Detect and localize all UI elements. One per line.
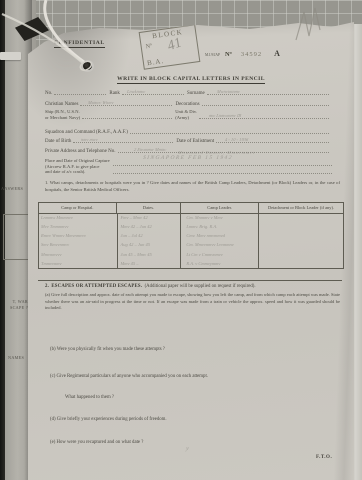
ref-series: A bbox=[274, 49, 280, 58]
pencil-leader: Lt Cm v Cmmvnmvv bbox=[186, 252, 222, 257]
section-2-number: 2. bbox=[45, 284, 49, 289]
label-date-of-birth: Date of Birth bbox=[45, 139, 73, 144]
pencil-camp: Mvv Tmmnmvv bbox=[41, 224, 68, 229]
label-date-of-enlistment: Date of Enlistment bbox=[176, 139, 216, 144]
row-no-rank-surname: No. Rank Lnwknmw Surname Mwnvtmnmv bbox=[45, 88, 332, 96]
pencil-leader: Cm. Mmvvnmvv Lvvmmnv bbox=[186, 242, 233, 247]
label-surname: Surname bbox=[187, 91, 207, 96]
label-christian-names: Christian Names bbox=[45, 102, 80, 107]
stamp-no-symbol: Nº bbox=[145, 43, 152, 50]
field-date-of-enlistment: 4 - 10 - 1936 bbox=[216, 136, 329, 143]
table-bottom-rule bbox=[38, 280, 342, 281]
col-camp-or-hospital: Camp or Hospital. bbox=[39, 203, 117, 213]
field-capture: SINGAPORE FEB 15 1942 bbox=[113, 158, 332, 175]
pencil-dates: Jun – Jul 42 bbox=[121, 233, 143, 238]
col-detachment-leader: Detachment or Block Leader (if any). bbox=[259, 203, 343, 213]
field-unit: mw Lnmwmmv IB bbox=[199, 112, 329, 119]
margin-sticker bbox=[0, 52, 21, 60]
confidential-stamp: CONFIDENTIAL bbox=[54, 40, 105, 48]
pencil-camp: Mmvnmvvv bbox=[41, 252, 62, 257]
label-squadron: Squadron and Command (R.A.F., A.A.F.) bbox=[45, 130, 130, 135]
field-date-of-birth: nmv mwv bbox=[73, 136, 173, 143]
label-capture: Place and Date of Original Capture (Airc… bbox=[45, 158, 113, 175]
capture-dotted-line-2 bbox=[113, 166, 332, 174]
pencil-camp: Lnmmw Mmmnvv bbox=[41, 215, 73, 220]
form-instruction: WRITE IN BLOCK CAPITAL LETTERS IN PENCIL bbox=[58, 76, 324, 82]
question-2e: (e) How were you recaptured and on what … bbox=[50, 440, 340, 445]
ref-no-symbol: Nº bbox=[225, 51, 232, 58]
pencil-date-of-birth: nmv mwv bbox=[81, 137, 99, 142]
pencil-dates: Fmv – Mmv 42 bbox=[121, 215, 148, 220]
form-page: CONFIDENTIAL BLOCK Nº B.A. 41 M.I.9/JAPN… bbox=[28, 20, 354, 480]
pencil-mark: y bbox=[186, 446, 190, 452]
hole-punch bbox=[83, 62, 92, 70]
question-1: 1. What camps, detachments or hospitals … bbox=[45, 180, 340, 194]
row-dates: Date of Birth nmv mwv Date of Enlistment… bbox=[45, 136, 332, 144]
col-dates: Dates. bbox=[117, 203, 182, 213]
photographed-document: ANSWERS T, WAR SCAPE ? NAMES CONFIDENTIA… bbox=[0, 0, 362, 480]
field-christian-names: Munwv Wnmv bbox=[80, 99, 172, 106]
table-vline-1 bbox=[117, 214, 118, 268]
pencil-leader: Lmmv. Brig. R.A. bbox=[186, 224, 217, 229]
pencil-christian-names: Munwv Wnmv bbox=[87, 100, 113, 105]
pencil-dates: Mmv 42 – Jun 42 bbox=[121, 224, 152, 229]
question-2a: (a) Give full description and approx. da… bbox=[45, 292, 340, 312]
col-camp-leader: Camp Leader. bbox=[181, 203, 259, 213]
pencil-dates: Mmv 45 – bbox=[121, 261, 139, 266]
table-row: Tmmvvnmv Mmv 45 – R.A. v Cmmvymmv bbox=[39, 261, 343, 266]
pencil-capture: SINGAPORE FEB 15 1942 bbox=[143, 155, 234, 161]
camps-table: Camp or Hospital. Dates. Camp Leader. De… bbox=[38, 202, 344, 269]
label-ship: Ship (R.N., U.S.N. or Merchant Navy) bbox=[45, 109, 82, 120]
field-ship bbox=[82, 112, 172, 119]
pencil-surname: Mwnvtmnmv bbox=[216, 89, 240, 94]
pencil-dates: Aug 42 – Jun 45 bbox=[121, 242, 151, 247]
label-capture-line3: and date of a/c crash). bbox=[45, 169, 110, 175]
reference-number-line: M.I.9/JAPNº34592A bbox=[205, 43, 280, 61]
label-ship-line2: or Merchant Navy) bbox=[45, 115, 80, 121]
field-rank: Lnwknmw bbox=[122, 88, 184, 95]
pencil-camp: Smv Bmvvnmvv bbox=[41, 242, 69, 247]
form-instruction-text: WRITE IN BLOCK CAPITAL LETTERS IN PENCIL bbox=[117, 76, 265, 84]
label-unit: Unit & Div. (Army) bbox=[175, 109, 199, 120]
section-2-heading: 2. ESCAPES OR ATTEMPTED ESCAPES. (Additi… bbox=[45, 284, 340, 289]
margin-fragment-answers: ANSWERS bbox=[1, 186, 23, 191]
stamp-ba: B.A. bbox=[146, 57, 164, 67]
label-decorations: Decorations bbox=[175, 102, 201, 107]
row-ship-unit: Ship (R.N., U.S.N. or Merchant Navy) Uni… bbox=[45, 109, 332, 120]
pencil-camp: Tmmvvnmv bbox=[41, 261, 62, 266]
question-2c-followup: What happened to them ? bbox=[65, 395, 340, 400]
camps-table-header: Camp or Hospital. Dates. Camp Leader. De… bbox=[39, 203, 343, 214]
label-unit-line2: (Army) bbox=[175, 115, 197, 121]
section-2-note: (Additional paper will be supplied on re… bbox=[145, 284, 256, 289]
table-vline-3 bbox=[258, 214, 259, 268]
pencil-leader: Cmv. Mmv nmvmmvd bbox=[186, 233, 225, 238]
pencil-leader: R.A. v Cmmvymmv bbox=[186, 261, 220, 266]
table-row: Mmvnmvvv Jun 45 – Mmv 45 Lt Cm v Cmmvnmv… bbox=[39, 252, 343, 257]
table-row: Mvv Tmmnmvv Mmv 42 – Jun 42 Lmmv. Brig. … bbox=[39, 224, 343, 229]
pencil-camp: Rmvv Wmmv Mmvnmvvv bbox=[41, 233, 86, 238]
pencil-unit: mw Lnmwmmv IB bbox=[209, 113, 242, 118]
section-2-title: ESCAPES OR ATTEMPTED ESCAPES. bbox=[51, 284, 142, 289]
question-2b: (b) Were you physically fit when you mad… bbox=[50, 347, 340, 352]
ref-number: 34592 bbox=[241, 51, 262, 58]
field-surname: Mwnvtmnmv bbox=[207, 88, 329, 95]
row-capture: Place and Date of Original Capture (Airc… bbox=[45, 158, 332, 175]
field-no bbox=[54, 88, 106, 95]
turn-over-note: F.T.O. bbox=[316, 455, 332, 460]
ref-department: M.I.9/JAP bbox=[205, 53, 220, 57]
table-row: Lnmmw Mmmnvv Fmv – Mmv 42 Cm. Mnmmv v Mm… bbox=[39, 215, 343, 220]
pencil-address: 2 Envmmw Mmnv bbox=[134, 147, 167, 152]
table-row: Smv Bmvvnmvv Aug 42 – Jun 45 Cm. Mmvvnmv… bbox=[39, 242, 343, 247]
row-squadron: Squadron and Command (R.A.F., A.A.F.) bbox=[45, 127, 332, 135]
block-number-stamp: BLOCK Nº B.A. 41 bbox=[139, 24, 201, 70]
camps-table-body: Lnmmw Mmmnvv Fmv – Mmv 42 Cm. Mnmmv v Mm… bbox=[39, 214, 343, 268]
margin-fragment-names: NAMES bbox=[8, 355, 24, 360]
field-decorations bbox=[202, 99, 329, 106]
label-address: Private Address and Telephone No. bbox=[45, 149, 118, 154]
table-vline-2 bbox=[180, 214, 181, 268]
table-row: Rmvv Wmmv Mmvnmvvv Jun – Jul 42 Cmv. Mmv… bbox=[39, 233, 343, 238]
pencil-leader: Cm. Mnmmv v Mmv bbox=[186, 215, 222, 220]
label-no: No. bbox=[45, 91, 54, 96]
field-squadron bbox=[130, 127, 329, 134]
question-2d: (d) Give briefly your experiences during… bbox=[50, 417, 340, 422]
pencil-rank: Lnwknmw bbox=[127, 89, 146, 94]
pencil-date-of-enlistment: 4 - 10 - 1936 bbox=[225, 137, 249, 142]
label-rank: Rank bbox=[109, 91, 122, 96]
question-2c: (c) Give Regimental particulars of anyon… bbox=[50, 374, 340, 379]
pencil-dates: Jun 45 – Mmv 45 bbox=[121, 252, 152, 257]
handwritten-block-number: 41 bbox=[165, 35, 184, 55]
row-names-decorations: Christian Names Munwv Wnmv Decorations bbox=[45, 99, 332, 107]
